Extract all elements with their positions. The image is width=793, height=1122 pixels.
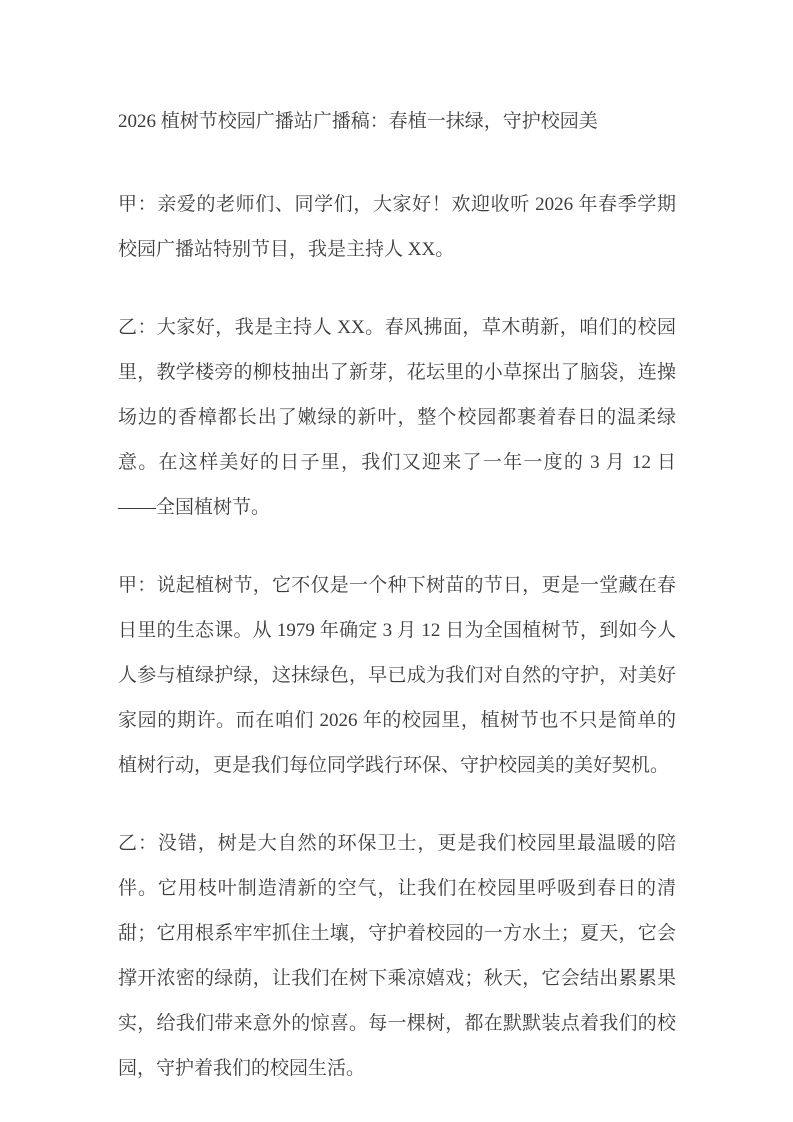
document-page: 2026 植树节校园广播站广播稿：春植一抹绿，守护校园美 甲：亲爱的老师们、同学… [0, 0, 793, 1122]
paragraph-host-yi-spring-scene: 乙：大家好，我是主持人 XX。春风拂面，草木萌新，咱们的校园里，教学楼旁的柳枝抽… [118, 305, 676, 530]
paragraph-host-jia-greeting: 甲：亲爱的老师们、同学们，大家好！欢迎收听 2026 年春季学期校园广播站特别节… [118, 182, 676, 272]
document-title: 2026 植树节校园广播站广播稿：春植一抹绿，守护校园美 [118, 99, 676, 144]
paragraph-host-yi-tree-benefits: 乙：没错，树是大自然的环保卫士，更是我们校园里最温暖的陪伴。它用枝叶制造清新的空… [118, 821, 676, 1091]
paragraph-host-jia-festival-history: 甲：说起植树节，它不仅是一个种下树苗的节日，更是一堂藏在春日里的生态课。从 19… [118, 563, 676, 788]
